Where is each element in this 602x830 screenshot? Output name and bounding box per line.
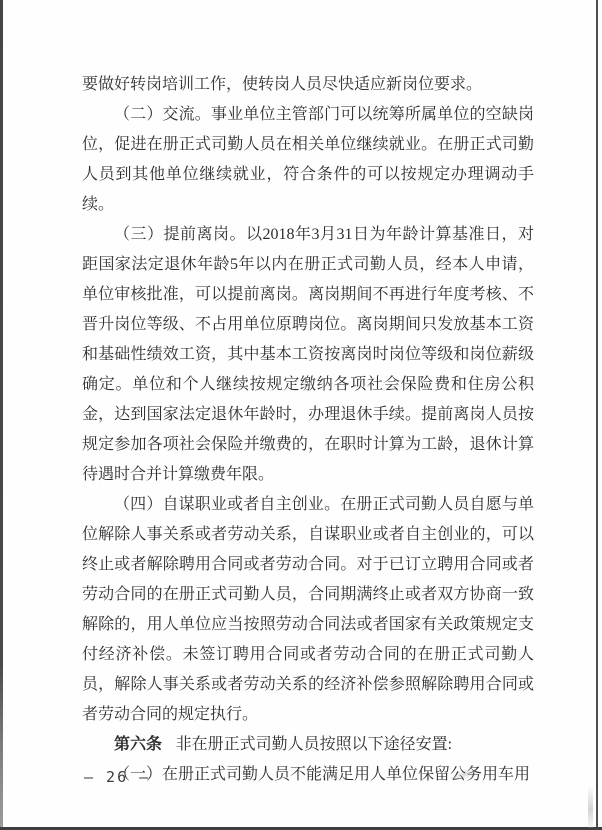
body-text: 要做好转岗培训工作，使转岗人员尽快适应新岗位要求。（二）交流。事业单位主管部门可… <box>82 70 534 790</box>
scan-edge-right <box>596 0 598 830</box>
page-number: — 26 — <box>84 766 150 788</box>
text-paragraph: （三）提前离岗。以2018年3月31日为年龄计算基准日，对距国家法定退休年龄5年… <box>82 220 534 490</box>
document-page: 要做好转岗培训工作，使转岗人员尽快适应新岗位要求。（二）交流。事业单位主管部门可… <box>0 0 602 830</box>
text-paragraph: 要做好转岗培训工作，使转岗人员尽快适应新岗位要求。 <box>82 70 534 100</box>
text-paragraph: （四）自谋职业或者自主创业。在册正式司勤人员自愿与单位解除人事关系或者劳动关系，… <box>82 490 534 730</box>
scan-artifact <box>588 786 593 828</box>
text-paragraph: （二）交流。事业单位主管部门可以统筹所属单位的空缺岗位，促进在册正式司勤人员在相… <box>82 100 534 220</box>
scan-edge-left <box>0 0 3 830</box>
article-number-bold: 第六条 <box>114 736 162 753</box>
text-paragraph: 第六条非在册正式司勤人员按照以下途径安置: <box>82 730 534 760</box>
